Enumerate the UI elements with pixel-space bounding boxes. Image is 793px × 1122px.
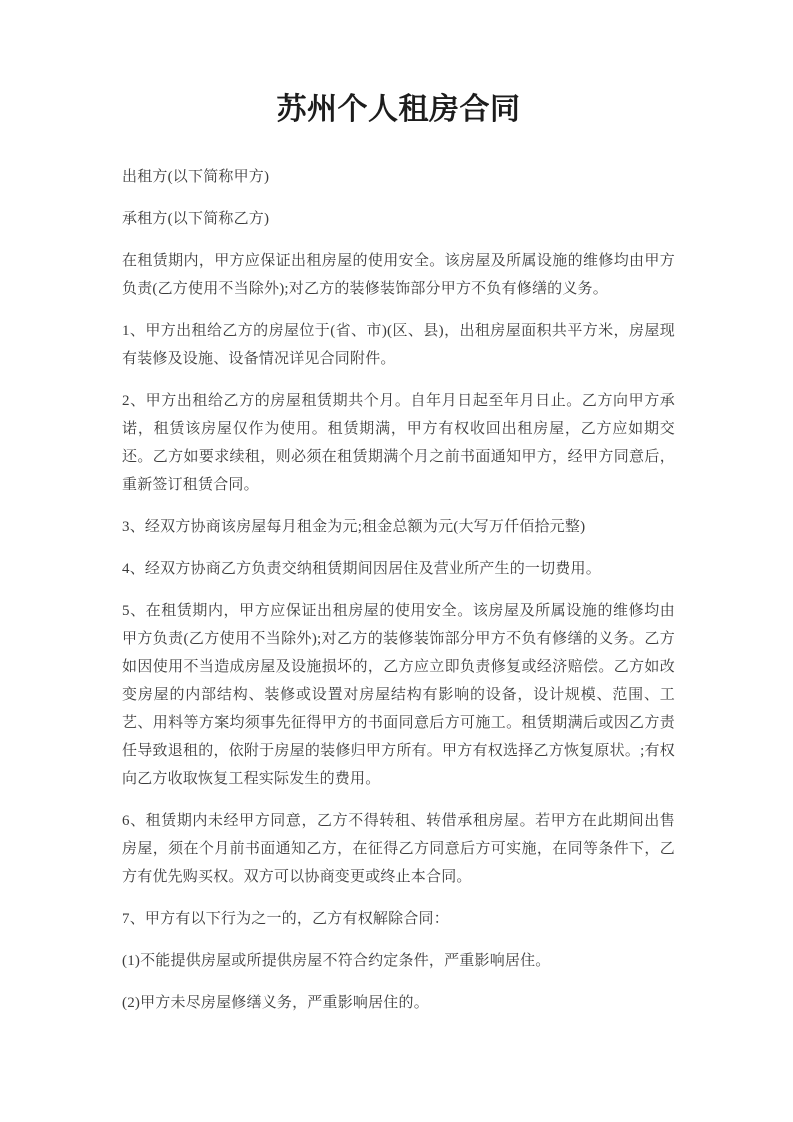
clause-4: 4、经双方协商乙方负责交纳租赁期间因居住及营业所产生的一切费用。 — [122, 555, 675, 583]
clause-5: 5、在租赁期内，甲方应保证出租房屋的使用安全。该房屋及所属设施的维修均由甲方负责… — [122, 597, 675, 793]
clause-6: 6、租赁期内未经甲方同意，乙方不得转租、转借承租房屋。若甲方在此期间出售房屋，须… — [122, 807, 675, 891]
clause-1: 1、甲方出租给乙方的房屋位于(省、市)(区、县)，出租房屋面积共平方米，房屋现有… — [122, 317, 675, 373]
document-title: 苏州个人租房合同 — [122, 88, 675, 132]
party-lessor-line: 出租方(以下简称甲方) — [122, 163, 675, 191]
clause-7-item-1: (1)不能提供房屋或所提供房屋不符合约定条件，严重影响居住。 — [122, 947, 675, 975]
clause-2: 2、甲方出租给乙方的房屋租赁期共个月。自年月日起至年月日止。乙方向甲方承诺，租赁… — [122, 387, 675, 499]
clause-7-item-2: (2)甲方未尽房屋修缮义务，严重影响居住的。 — [122, 989, 675, 1017]
clause-7-heading: 7、甲方有以下行为之一的，乙方有权解除合同： — [122, 905, 675, 933]
preamble-paragraph: 在租赁期内，甲方应保证出租房屋的使用安全。该房屋及所属设施的维修均由甲方负责(乙… — [122, 247, 675, 303]
document-page: 苏州个人租房合同 出租方(以下简称甲方) 承租方(以下简称乙方) 在租赁期内，甲… — [0, 0, 793, 1122]
clause-3: 3、经双方协商该房屋每月租金为元;租金总额为元(大写万仟佰拾元整) — [122, 513, 675, 541]
party-lessee-line: 承租方(以下简称乙方) — [122, 205, 675, 233]
